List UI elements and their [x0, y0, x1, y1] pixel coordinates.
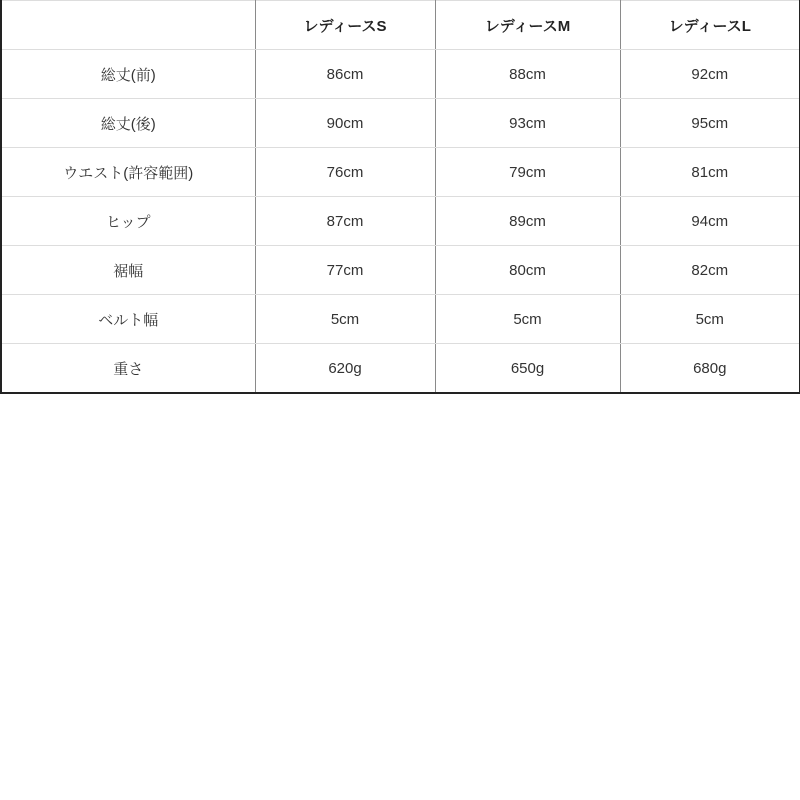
- table-cell: 5cm: [255, 295, 435, 344]
- table-row: 総丈(前) 86cm 88cm 92cm: [1, 50, 800, 99]
- table-cell: 620g: [255, 344, 435, 394]
- table-row: ベルト幅 5cm 5cm 5cm: [1, 295, 800, 344]
- table-row: 重さ 620g 650g 680g: [1, 344, 800, 394]
- table-cell: 86cm: [255, 50, 435, 99]
- table-cell: 94cm: [620, 197, 800, 246]
- table-row: 裾幅 77cm 80cm 82cm: [1, 246, 800, 295]
- table-cell: 5cm: [620, 295, 800, 344]
- row-label: ベルト幅: [1, 295, 255, 344]
- table-row: 総丈(後) 90cm 93cm 95cm: [1, 99, 800, 148]
- table-cell: 95cm: [620, 99, 800, 148]
- table-cell: 93cm: [435, 99, 620, 148]
- row-label: ヒップ: [1, 197, 255, 246]
- table-cell: 90cm: [255, 99, 435, 148]
- column-header-ladies-m: レディースM: [435, 1, 620, 50]
- column-header-ladies-s: レディースS: [255, 1, 435, 50]
- size-chart-table: レディースS レディースM レディースL 総丈(前) 86cm 88cm 92c…: [0, 0, 800, 394]
- column-header-ladies-l: レディースL: [620, 1, 800, 50]
- table-row: ヒップ 87cm 89cm 94cm: [1, 197, 800, 246]
- row-label: 総丈(後): [1, 99, 255, 148]
- table-cell: 650g: [435, 344, 620, 394]
- table-cell: 92cm: [620, 50, 800, 99]
- row-label: 重さ: [1, 344, 255, 394]
- table-cell: 88cm: [435, 50, 620, 99]
- table-cell: 87cm: [255, 197, 435, 246]
- row-label: ウエスト(許容範囲): [1, 148, 255, 197]
- table-cell: 79cm: [435, 148, 620, 197]
- table-cell: 81cm: [620, 148, 800, 197]
- table-cell: 76cm: [255, 148, 435, 197]
- table-cell: 680g: [620, 344, 800, 394]
- table-cell: 77cm: [255, 246, 435, 295]
- table-cell: 82cm: [620, 246, 800, 295]
- table-row: ウエスト(許容範囲) 76cm 79cm 81cm: [1, 148, 800, 197]
- row-label: 総丈(前): [1, 50, 255, 99]
- header-row: レディースS レディースM レディースL: [1, 1, 800, 50]
- table-cell: 5cm: [435, 295, 620, 344]
- table-cell: 89cm: [435, 197, 620, 246]
- row-label: 裾幅: [1, 246, 255, 295]
- corner-cell: [1, 1, 255, 50]
- table-cell: 80cm: [435, 246, 620, 295]
